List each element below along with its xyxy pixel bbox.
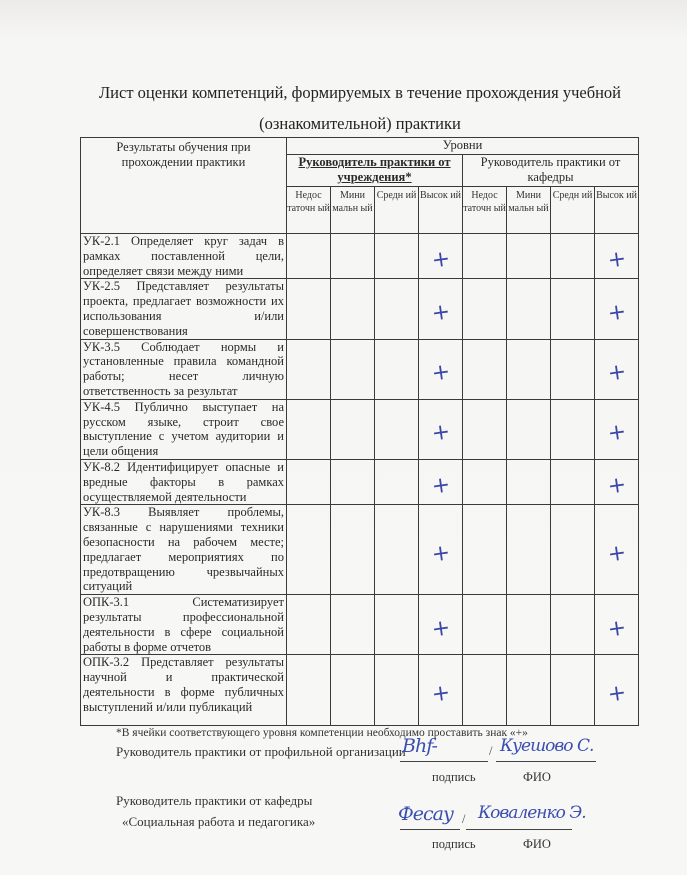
org-level-cell-2[interactable] (331, 505, 375, 595)
competency-description: ОПК-3.2 Представляет результаты научной … (81, 655, 287, 726)
org-level-cell-1[interactable] (287, 655, 331, 726)
table-row: УК-8.3 Выявляет проблемы, связанные с на… (81, 505, 639, 595)
org-level-cell-4[interactable]: + (419, 339, 463, 399)
level-header-dept-1: Недос таточн ый (463, 187, 507, 234)
table-row: УК-8.2 Идентифицирует опасные и вредные … (81, 459, 639, 504)
plus-mark-icon: + (606, 542, 627, 566)
competency-description: УК-2.5 Представляет результаты проекта, … (81, 279, 287, 339)
dept-level-cell-1[interactable] (463, 459, 507, 504)
header-supervisor-dept: Руководитель практики от кафедры (463, 155, 639, 187)
competency-description: УК-8.2 Идентифицирует опасные и вредные … (81, 459, 287, 504)
table-row: УК-4.5 Публично выступает на русском язы… (81, 399, 639, 459)
table-row: ОПК-3.2 Представляет результаты научной … (81, 655, 639, 726)
org-level-cell-2[interactable] (331, 595, 375, 655)
dept-supervisor-label-line-2: «Социальная работа и педагогика» (122, 814, 315, 830)
org-level-cell-3[interactable] (375, 459, 419, 504)
plus-mark-icon: + (606, 617, 627, 641)
org-level-cell-2[interactable] (331, 279, 375, 339)
plus-mark-icon: + (430, 617, 451, 641)
footnote: *В ячейки соответствующего уровня компет… (116, 727, 528, 739)
org-level-cell-1[interactable] (287, 234, 331, 279)
plus-mark-icon: + (430, 683, 451, 707)
org-level-cell-3[interactable] (375, 279, 419, 339)
dept-level-cell-2[interactable] (507, 234, 551, 279)
plus-mark-icon: + (606, 301, 627, 325)
plus-mark-icon: + (430, 361, 451, 385)
dept-level-cell-1[interactable] (463, 279, 507, 339)
dept-level-cell-2[interactable] (507, 399, 551, 459)
org-level-cell-1[interactable] (287, 399, 331, 459)
dept-level-cell-3[interactable] (551, 279, 595, 339)
dept-level-cell-1[interactable] (463, 399, 507, 459)
dept-level-cell-3[interactable] (551, 234, 595, 279)
org-level-cell-1[interactable] (287, 459, 331, 504)
org-level-cell-2[interactable] (331, 399, 375, 459)
org-level-cell-4[interactable]: + (419, 505, 463, 595)
header-supervisor-org: Руководитель практики от учреждения* (287, 155, 463, 187)
level-header-dept-2: Мини мальн ый (507, 187, 551, 234)
dept-supervisor-label-line-1: Руководитель практики от кафедры (116, 793, 312, 809)
table-row: УК-2.1 Определяет круг задач в рамках по… (81, 234, 639, 279)
org-caption-signature: подпись (432, 770, 476, 785)
header-results: Результаты обучения при прохождении прак… (81, 138, 287, 234)
org-level-cell-3[interactable] (375, 399, 419, 459)
org-level-cell-1[interactable] (287, 505, 331, 595)
org-caption-name: ФИО (523, 770, 551, 785)
level-header-org-4: Высок ий (419, 187, 463, 234)
plus-mark-icon: + (430, 301, 451, 325)
org-level-cell-3[interactable] (375, 505, 419, 595)
plus-mark-icon: + (430, 542, 451, 566)
dept-signature: Фесау (398, 803, 453, 825)
dept-name-handwritten: Коваленко Э. (478, 803, 586, 823)
dept-level-cell-4[interactable]: + (595, 234, 639, 279)
dept-separator: / (462, 812, 465, 827)
org-level-cell-3[interactable] (375, 655, 419, 726)
dept-level-cell-4[interactable]: + (595, 655, 639, 726)
dept-level-cell-1[interactable] (463, 339, 507, 399)
dept-level-cell-2[interactable] (507, 655, 551, 726)
org-separator: / (489, 744, 492, 759)
dept-level-cell-2[interactable] (507, 279, 551, 339)
org-level-cell-4[interactable]: + (419, 234, 463, 279)
dept-level-cell-2[interactable] (507, 339, 551, 399)
org-signature: Вhf- (402, 735, 437, 757)
dept-level-cell-1[interactable] (463, 234, 507, 279)
org-level-cell-2[interactable] (331, 339, 375, 399)
level-header-org-1: Недос таточн ый (287, 187, 331, 234)
org-level-cell-4[interactable]: + (419, 595, 463, 655)
org-level-cell-4[interactable]: + (419, 399, 463, 459)
table-row: УК-2.5 Представляет результаты проекта, … (81, 279, 639, 339)
dept-level-cell-4[interactable]: + (595, 279, 639, 339)
plus-mark-icon: + (606, 474, 627, 498)
table-row: ОПК-3.1 Систематизирует результаты профе… (81, 595, 639, 655)
org-level-cell-1[interactable] (287, 339, 331, 399)
plus-mark-icon: + (606, 248, 627, 272)
competency-table: Результаты обучения при прохождении прак… (80, 137, 639, 726)
dept-level-cell-1[interactable] (463, 595, 507, 655)
dept-level-cell-4[interactable]: + (595, 399, 639, 459)
level-header-dept-4: Высок ий (595, 187, 639, 234)
org-level-cell-2[interactable] (331, 655, 375, 726)
dept-level-cell-3[interactable] (551, 505, 595, 595)
dept-level-cell-3[interactable] (551, 595, 595, 655)
dept-level-cell-3[interactable] (551, 399, 595, 459)
org-level-cell-4[interactable]: + (419, 279, 463, 339)
dept-level-cell-3[interactable] (551, 655, 595, 726)
dept-level-cell-3[interactable] (551, 339, 595, 399)
dept-caption-signature: подпись (432, 837, 476, 852)
competency-description: УК-3.5 Соблюдает нормы и установленные п… (81, 339, 287, 399)
org-level-cell-2[interactable] (331, 234, 375, 279)
org-level-cell-4[interactable]: + (419, 459, 463, 504)
org-level-cell-1[interactable] (287, 279, 331, 339)
org-name-handwritten: Куешово С. (500, 736, 593, 756)
org-level-cell-2[interactable] (331, 459, 375, 504)
header-levels: Уровни (287, 138, 639, 155)
plus-mark-icon: + (606, 361, 627, 385)
dept-caption-name: ФИО (523, 837, 551, 852)
plus-mark-icon: + (606, 683, 627, 707)
document-title-line-1: Лист оценки компетенций, формируемых в т… (60, 82, 660, 104)
plus-mark-icon: + (430, 422, 451, 446)
org-level-cell-3[interactable] (375, 595, 419, 655)
level-header-org-3: Средн ий (375, 187, 419, 234)
dept-level-cell-2[interactable] (507, 595, 551, 655)
competency-description: УК-8.3 Выявляет проблемы, связанные с на… (81, 505, 287, 595)
document-page: Лист оценки компетенций, формируемых в т… (0, 0, 687, 875)
org-level-cell-1[interactable] (287, 595, 331, 655)
document-title-line-2: (ознакомительной) практики (60, 113, 660, 135)
org-supervisor-label: Руководитель практики от профильной орга… (116, 744, 406, 760)
dept-level-cell-4[interactable]: + (595, 595, 639, 655)
org-level-cell-3[interactable] (375, 234, 419, 279)
dept-level-cell-3[interactable] (551, 459, 595, 504)
plus-mark-icon: + (430, 248, 451, 272)
dept-level-cell-1[interactable] (463, 505, 507, 595)
plus-mark-icon: + (606, 422, 627, 446)
competency-description: УК-2.1 Определяет круг задач в рамках по… (81, 234, 287, 279)
org-level-cell-3[interactable] (375, 339, 419, 399)
org-level-cell-4[interactable]: + (419, 655, 463, 726)
dept-level-cell-4[interactable]: + (595, 505, 639, 595)
dept-level-cell-4[interactable]: + (595, 339, 639, 399)
competency-description: ОПК-3.1 Систематизирует результаты профе… (81, 595, 287, 655)
plus-mark-icon: + (430, 474, 451, 498)
table-row: УК-3.5 Соблюдает нормы и установленные п… (81, 339, 639, 399)
level-header-dept-3: Средн ий (551, 187, 595, 234)
dept-level-cell-2[interactable] (507, 505, 551, 595)
header-supervisor-org-text: Руководитель практики от учреждения* (298, 155, 450, 184)
dept-level-cell-2[interactable] (507, 459, 551, 504)
dept-level-cell-4[interactable]: + (595, 459, 639, 504)
dept-level-cell-1[interactable] (463, 655, 507, 726)
competency-description: УК-4.5 Публично выступает на русском язы… (81, 399, 287, 459)
level-header-org-2: Мини мальн ый (331, 187, 375, 234)
